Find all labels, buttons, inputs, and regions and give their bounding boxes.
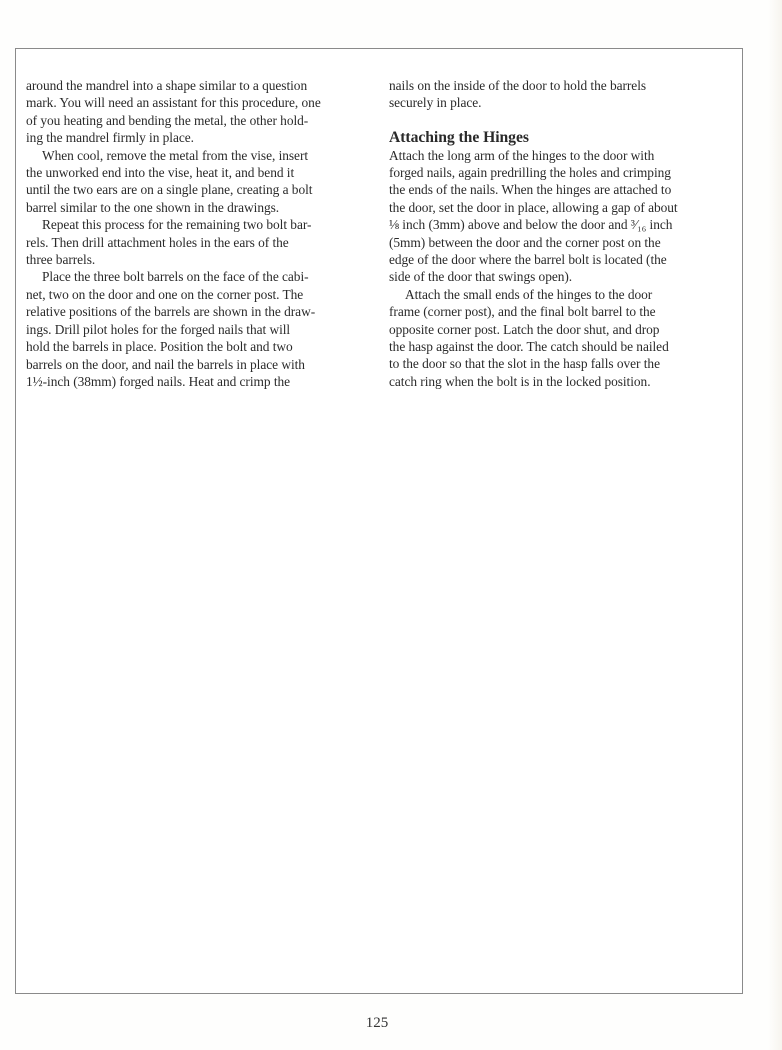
text-line: Attach the long arm of the hinges to the…: [389, 147, 734, 164]
paragraph-when-cool: When cool, remove the metal from the vis…: [26, 147, 374, 217]
text-line: When cool, remove the metal from the vis…: [26, 147, 374, 164]
page-number: 125: [0, 1015, 754, 1032]
left-column: around the mandrel into a shape similar …: [26, 77, 374, 390]
text-line: nails on the inside of the door to hold …: [389, 77, 734, 94]
text-line: Place the three bolt barrels on the face…: [26, 268, 374, 285]
text-line: the door, set the door in place, allowin…: [389, 199, 734, 216]
text-line: Attach the small ends of the hinges to t…: [389, 286, 734, 303]
paragraph-attach-small-ends: Attach the small ends of the hinges to t…: [389, 286, 734, 390]
text-line: the unworked end into the vise, heat it,…: [26, 164, 374, 181]
text-line: relative positions of the barrels are sh…: [26, 303, 374, 320]
paragraph-attach-long-arm: Attach the long arm of the hinges to the…: [389, 147, 734, 286]
text-line: the hasp against the door. The catch sho…: [389, 338, 734, 355]
paragraph-place-barrels: Place the three bolt barrels on the face…: [26, 268, 374, 390]
text-line: three barrels.: [26, 251, 374, 268]
paragraph-repeat-process: Repeat this process for the remaining tw…: [26, 216, 374, 268]
text-line: edge of the door where the barrel bolt i…: [389, 251, 734, 268]
text-line: opposite corner post. Latch the door shu…: [389, 321, 734, 338]
text-line: ings. Drill pilot holes for the forged n…: [26, 321, 374, 338]
text-line: 1½-inch (38mm) forged nails. Heat and cr…: [26, 373, 374, 390]
text-line: ⅛ inch (3mm) above and below the door an…: [389, 216, 734, 233]
text-line: Repeat this process for the remaining tw…: [26, 216, 374, 233]
text-line: net, two on the door and one on the corn…: [26, 286, 374, 303]
page-edge-shadow: [768, 0, 782, 1050]
text-line: securely in place.: [389, 94, 734, 111]
text-line: hold the barrels in place. Position the …: [26, 338, 374, 355]
right-column: nails on the inside of the door to hold …: [389, 77, 734, 390]
text-line: catch ring when the bolt is in the locke…: [389, 373, 734, 390]
text-line: (5mm) between the door and the corner po…: [389, 234, 734, 251]
text-line: rels. Then drill attachment holes in the…: [26, 234, 374, 251]
text-line: frame (corner post), and the final bolt …: [389, 303, 734, 320]
text-line: barrel similar to the one shown in the d…: [26, 199, 374, 216]
text-line: barrels on the door, and nail the barrel…: [26, 356, 374, 373]
text-line: until the two ears are on a single plane…: [26, 181, 374, 198]
text-line: to the door so that the slot in the hasp…: [389, 355, 734, 372]
section-heading: Attaching the Hinges: [389, 129, 734, 146]
paragraph-continued-nails: nails on the inside of the door to hold …: [389, 77, 734, 112]
text-line: mark. You will need an assistant for thi…: [26, 94, 374, 111]
text-line: side of the door that swings open).: [389, 268, 734, 285]
text-line: the ends of the nails. When the hinges a…: [389, 181, 734, 198]
text-line: around the mandrel into a shape similar …: [26, 77, 374, 94]
text-line: of you heating and bending the metal, th…: [26, 112, 374, 129]
text-line: ing the mandrel firmly in place.: [26, 129, 374, 146]
text-line: forged nails, again predrilling the hole…: [389, 164, 734, 181]
paragraph-mandrel: around the mandrel into a shape similar …: [26, 77, 374, 147]
